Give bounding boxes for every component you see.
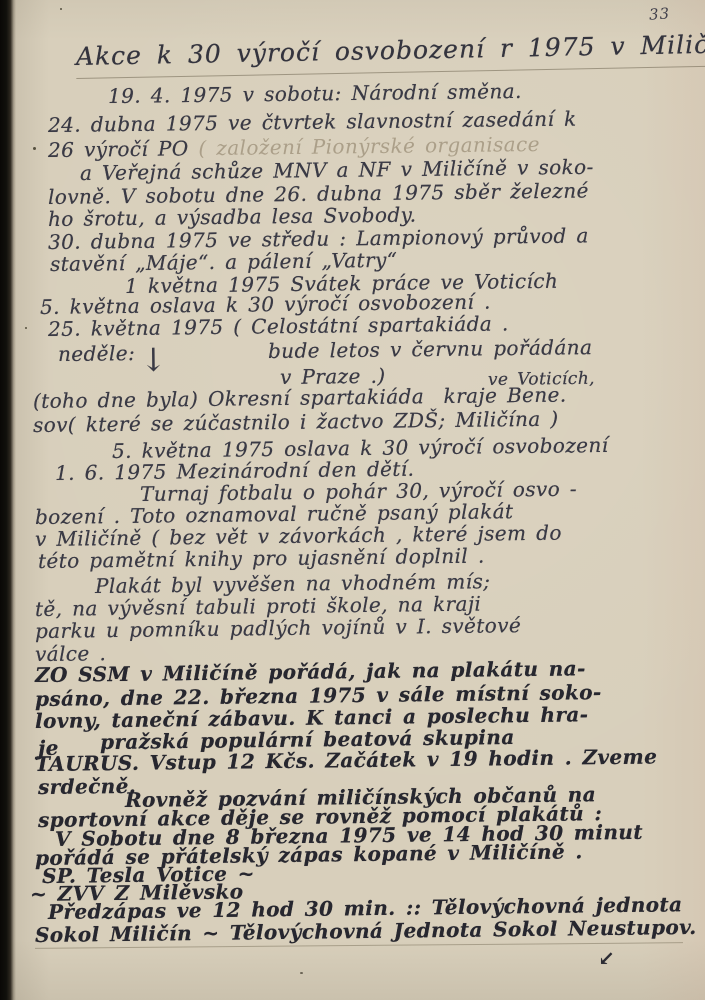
chronicle-page: 33 Akce k 30 výročí osvobození r 1975 v … <box>0 0 705 1000</box>
text-run: této pamětní knihy pro ujasnění doplnil … <box>38 544 485 573</box>
paper-speck <box>33 147 36 150</box>
margin-arrow-icon: ↙ <box>598 948 615 968</box>
handwritten-line: této pamětní knihy pro ujasnění doplnil … <box>38 546 485 571</box>
text-run: ↓ <box>140 341 168 379</box>
handwritten-line: neděle: <box>58 343 135 364</box>
handwritten-line: v Praze .) <box>280 366 386 387</box>
text-run: sov( které se zúčastnilo i žactvo ZDŠ; M… <box>33 407 559 437</box>
handwritten-line: parku u pomníku padlých vojínů v I. svět… <box>35 615 521 641</box>
handwritten-line: TAURUS. Vstup 12 Kčs. Začátek v 19 hodin… <box>35 746 657 774</box>
text-run: neděle: <box>58 341 135 366</box>
page-title: Akce k 30 výročí osvobození r 1975 v Mil… <box>76 29 705 79</box>
text-run: parku u pomníku padlých vojínů v I. svět… <box>35 613 521 643</box>
handwritten-line: Sokol Miličín ~ Tělovýchovná Jednota Sok… <box>35 917 697 945</box>
paper-speck <box>25 327 27 329</box>
handwritten-line: srdečně. <box>38 776 136 797</box>
page-number: 33 <box>648 4 670 23</box>
paper-speck <box>60 8 62 10</box>
text-run: srdečně. <box>38 774 136 799</box>
text-run: bude letos v červnu pořádána <box>268 335 593 363</box>
paper-speck <box>300 972 303 974</box>
handwritten-line: válce . <box>35 643 106 664</box>
text-run: ↙ <box>598 946 615 970</box>
insertion-arrow-icon: ↓ <box>140 344 168 376</box>
handwritten-line: 24. dubna 1975 ve čtvrtek slavnostní zas… <box>48 109 577 135</box>
handwritten-line: sov( které se zúčastnilo i žactvo ZDŠ; M… <box>33 409 559 435</box>
handwritten-line: 19. 4. 1975 v sobotu: Národní směna. <box>108 81 522 106</box>
handwritten-line: bude letos v červnu pořádána <box>268 337 593 361</box>
handwritten-line: 25. května 1975 ( Celostátní spartakiáda… <box>48 313 509 339</box>
text-run: 26 výročí PO <box>48 136 199 162</box>
book-binding-edge <box>0 0 16 1000</box>
text-run: 19. 4. 1975 v sobotu: Národní směna. <box>108 79 522 108</box>
